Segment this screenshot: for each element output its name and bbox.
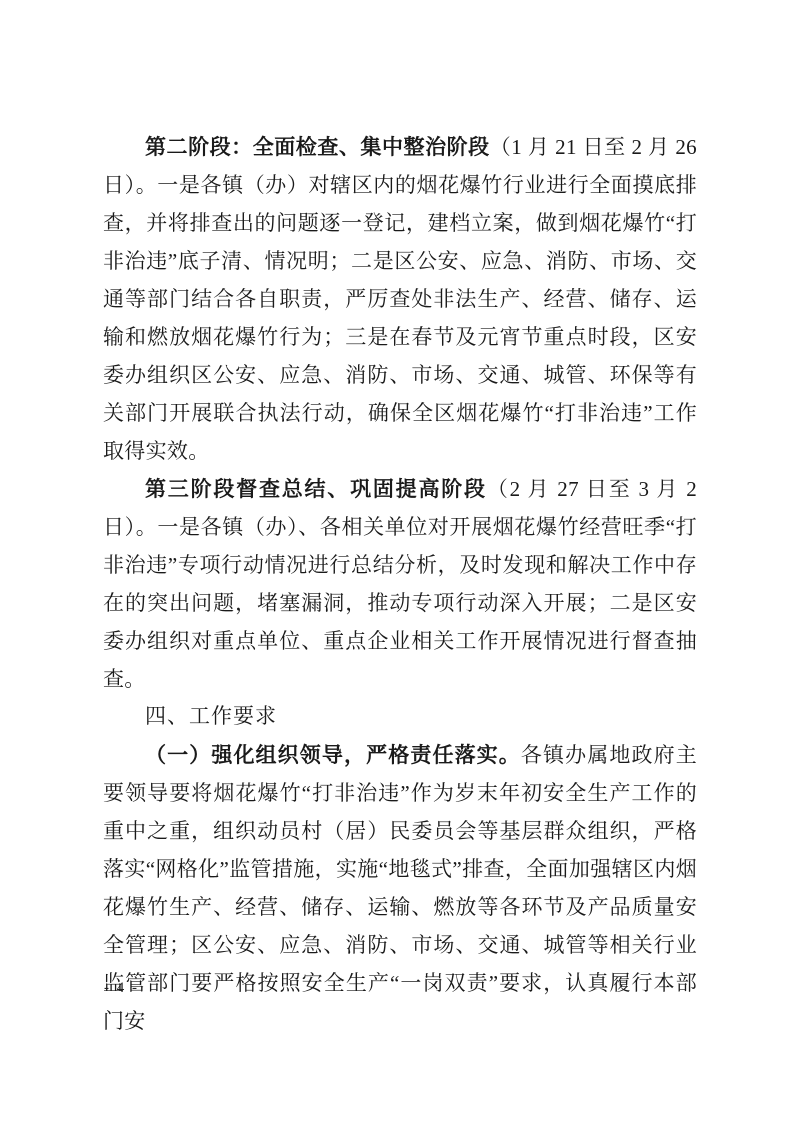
document-body: 第二阶段：全面检查、集中整治阶段（1 月 21 日至 2 月 26 日）。一是各… [103,128,697,1040]
paragraph: 第三阶段督查总结、巩固提高阶段（2 月 27 日至 3 月 2 日）。一是各镇（… [103,470,697,698]
section-heading: 四、工作要求 [103,698,697,736]
paragraph-body-text: （2 月 27 日至 3 月 2 日）。一是各镇（办）、各相关单位对开展烟花爆竹… [103,477,697,691]
paragraph: （一）强化组织领导，严格责任落实。各镇办属地政府主要领导要将烟花爆竹“打非治违”… [103,736,697,1040]
document-page: 第二阶段：全面检查、集中整治阶段（1 月 21 日至 2 月 26 日）。一是各… [0,0,793,1122]
page-number: - 4 - [104,980,139,997]
paragraph: 第二阶段：全面检查、集中整治阶段（1 月 21 日至 2 月 26 日）。一是各… [103,128,697,470]
paragraph-body-text: 四、工作要求 [145,705,277,728]
paragraph-lead-text: 第二阶段：全面检查、集中整治阶段 [145,135,490,159]
paragraph-lead-text: （一）强化组织领导，严格责任落实。 [145,743,521,767]
paragraph-body-text: （1 月 21 日至 2 月 26 日）。一是各镇（办）对辖区内的烟花爆竹行业进… [103,135,697,463]
paragraph-body-text: 各镇办属地政府主要领导要将烟花爆竹“打非治违”作为岁末年初安全生产工作的重中之重… [103,743,697,1033]
paragraph-lead-text: 第三阶段督查总结、巩固提高阶段 [145,477,487,501]
